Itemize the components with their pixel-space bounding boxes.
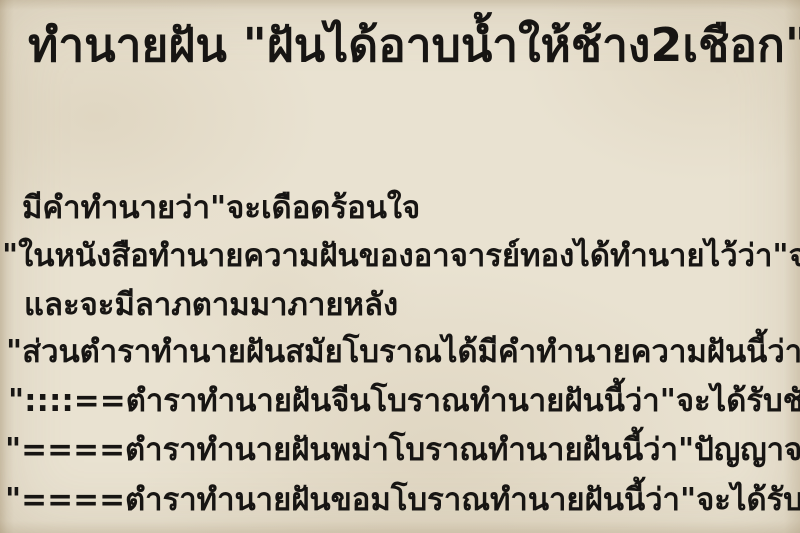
paper-page: ทำนายฝัน "ฝันได้อาบน้ำให้ช้าง2เชือก" มีค… bbox=[0, 0, 800, 533]
body-line-burmese-treatise: "====ตำราทำนายฝันพม่าโบราณทำนายฝันนี้ว่า… bbox=[5, 432, 800, 469]
body-line-ajarn-thong-book: "ในหนังสือทำนายความฝันของอาจารย์ทองได้ทำ… bbox=[2, 238, 800, 275]
page-title: ทำนายฝัน "ฝันได้อาบน้ำให้ช้าง2เชือก" bbox=[28, 16, 800, 76]
body-line-khmer-treatise: "====ตำราทำนายฝันขอมโบราณทำนายฝันนี้ว่า"… bbox=[5, 482, 800, 519]
body-line-ancient-treatise: "ส่วนตำราทำนายฝันสมัยโบราณได้มีคำทำนายคว… bbox=[6, 334, 800, 371]
body-line-prediction-summary: มีคำทำนายว่า"จะเดือดร้อนใจ bbox=[22, 190, 420, 227]
body-line-chinese-treatise: "::::==ตำราทำนายฝันจีนโบราณทำนายฝันนี้ว่… bbox=[8, 383, 800, 420]
body-line-fortune-follows: และจะมีลาภตามมาภายหลัง bbox=[24, 287, 398, 324]
